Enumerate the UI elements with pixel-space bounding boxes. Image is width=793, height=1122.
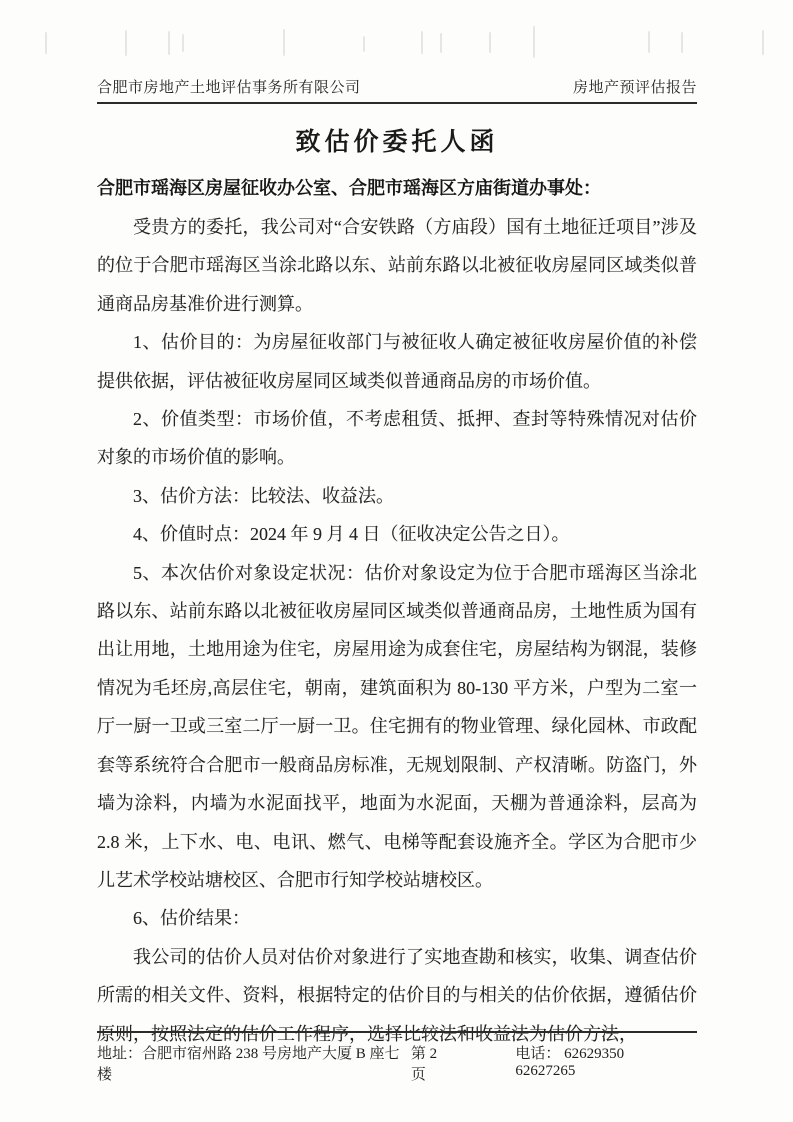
document-page: 合肥市房地产土地评估事务所有限公司 房地产预评估报告 致估价委托人函 合肥市瑶海… [0,0,793,1122]
paragraph-appraisal-method: 3、估价方法：比较法、收益法。 [97,477,697,515]
document-content: 合肥市房地产土地评估事务所有限公司 房地产预评估报告 致估价委托人函 合肥市瑶海… [97,76,697,1053]
paragraph-value-date: 4、价值时点：2024 年 9 月 4 日（征收决定公告之日）。 [97,515,697,553]
salutation: 合肥市瑶海区房屋征收办公室、合肥市瑶海区方庙街道办事处： [97,173,697,203]
header-report-type: 房地产预评估报告 [573,76,697,97]
footer-phone: 电话： 62629350 62627265 [515,1042,697,1080]
paragraph-value-type: 2、价值类型：市场价值，不考虑租赁、抵押、查封等特殊情况对估价对象的市场价值的影… [97,400,697,477]
paragraph-appraisal-purpose: 1、估价目的：为房屋征收部门与被征收人确定被征收房屋价值的补偿提供依据，评估被征… [97,323,697,400]
paragraph-appraisal-result-heading: 6、估价结果： [97,899,697,937]
header-company-name: 合肥市房地产土地评估事务所有限公司 [97,76,361,97]
page-footer: 地址：合肥市宿州路 238 号房地产大厦 B 座七楼 第 2 页 电话： 626… [97,1031,697,1084]
paragraph-entrustment: 受贵方的委托，我公司对“合安铁路（方庙段）国有土地征迁项目”涉及的位于合肥市瑶海… [97,208,697,323]
footer-address: 地址：合肥市宿州路 238 号房地产大厦 B 座七楼 [97,1042,411,1084]
document-body: 受贵方的委托，我公司对“合安铁路（方庙段）国有土地征迁项目”涉及的位于合肥市瑶海… [97,208,697,1053]
footer-page-number: 第 2 页 [411,1042,456,1084]
page-header: 合肥市房地产土地评估事务所有限公司 房地产预评估报告 [97,76,697,104]
paragraph-subject-conditions: 5、本次估价对象设定状况：估价对象设定为位于合肥市瑶海区当涂北路以东、站前东路以… [97,554,697,900]
document-title: 致估价委托人函 [97,122,697,158]
